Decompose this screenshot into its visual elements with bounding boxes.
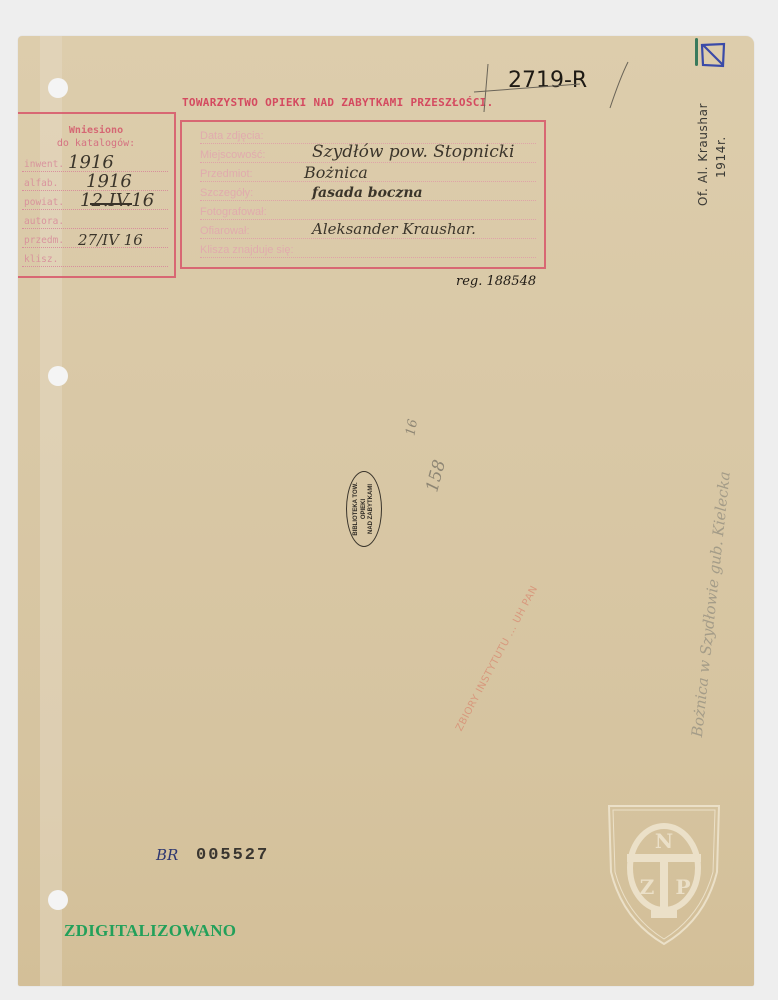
catalog-row: przedm.27/IV 16 xyxy=(22,228,168,248)
photo-row: Fotografował: xyxy=(200,200,536,220)
catalog-row: powiat.12.IV.16 xyxy=(22,190,168,210)
photo-row: Szczegóły:fasada boczna xyxy=(200,181,536,201)
society-emblem-watermark-icon: N Z P xyxy=(605,802,723,948)
catalog-entry-stamp: Wniesiono do katalogów: inwent.1916 alfa… xyxy=(18,112,176,278)
digitized-stamp: ZDIGITALIZOWANO xyxy=(64,921,236,941)
photographer-credit-line2: 1914r. xyxy=(714,136,728,178)
library-stamp: BIBLIOTEKA TOW. OPIEKI NAD ZABYTKAMI xyxy=(346,471,382,547)
photo-row: Data zdjęcia: xyxy=(200,124,536,144)
catalog-row: alfab.1916 xyxy=(22,171,168,191)
svg-text:Z: Z xyxy=(640,875,655,899)
punch-hole xyxy=(48,78,68,98)
green-ink-mark xyxy=(695,38,698,66)
pencil-fraction-top: 16 xyxy=(403,418,421,437)
catalog-row: klisz. xyxy=(22,247,168,267)
registry-note: reg. 188548 xyxy=(456,274,536,289)
photo-info-stamp: Data zdjęcia: Miejscowość:Szydłów pow. S… xyxy=(180,120,546,269)
society-stamp-title: TOWARZYSTWO OPIEKI NAD ZABYTKAMI PRZESZŁ… xyxy=(182,96,494,109)
photo-row: Ofiarował:Aleksander Kraushar. xyxy=(200,219,536,239)
photo-row: Klisza znajduje się: xyxy=(200,238,536,258)
archive-id-number: 005527 xyxy=(196,846,269,865)
blue-box-mark-icon xyxy=(700,42,726,68)
catalog-row: inwent.1916 xyxy=(22,152,168,172)
archive-id-prefix: BR xyxy=(156,846,178,864)
catalog-bracket-strokes xyxy=(470,58,640,118)
punch-hole xyxy=(48,890,68,910)
catalog-heading: Wniesiono do katalogów: xyxy=(18,124,174,150)
photo-row: Miejscowość:Szydłów pow. Stopnicki xyxy=(200,143,536,163)
photographer-credit-line1: Of. Al. Kraushar xyxy=(696,103,710,206)
svg-text:N: N xyxy=(655,829,673,853)
photo-row: Przedmiot:Bożnica xyxy=(200,162,536,182)
svg-text:P: P xyxy=(675,875,690,899)
catalog-row: autora. xyxy=(22,209,168,229)
punch-hole xyxy=(48,366,68,386)
